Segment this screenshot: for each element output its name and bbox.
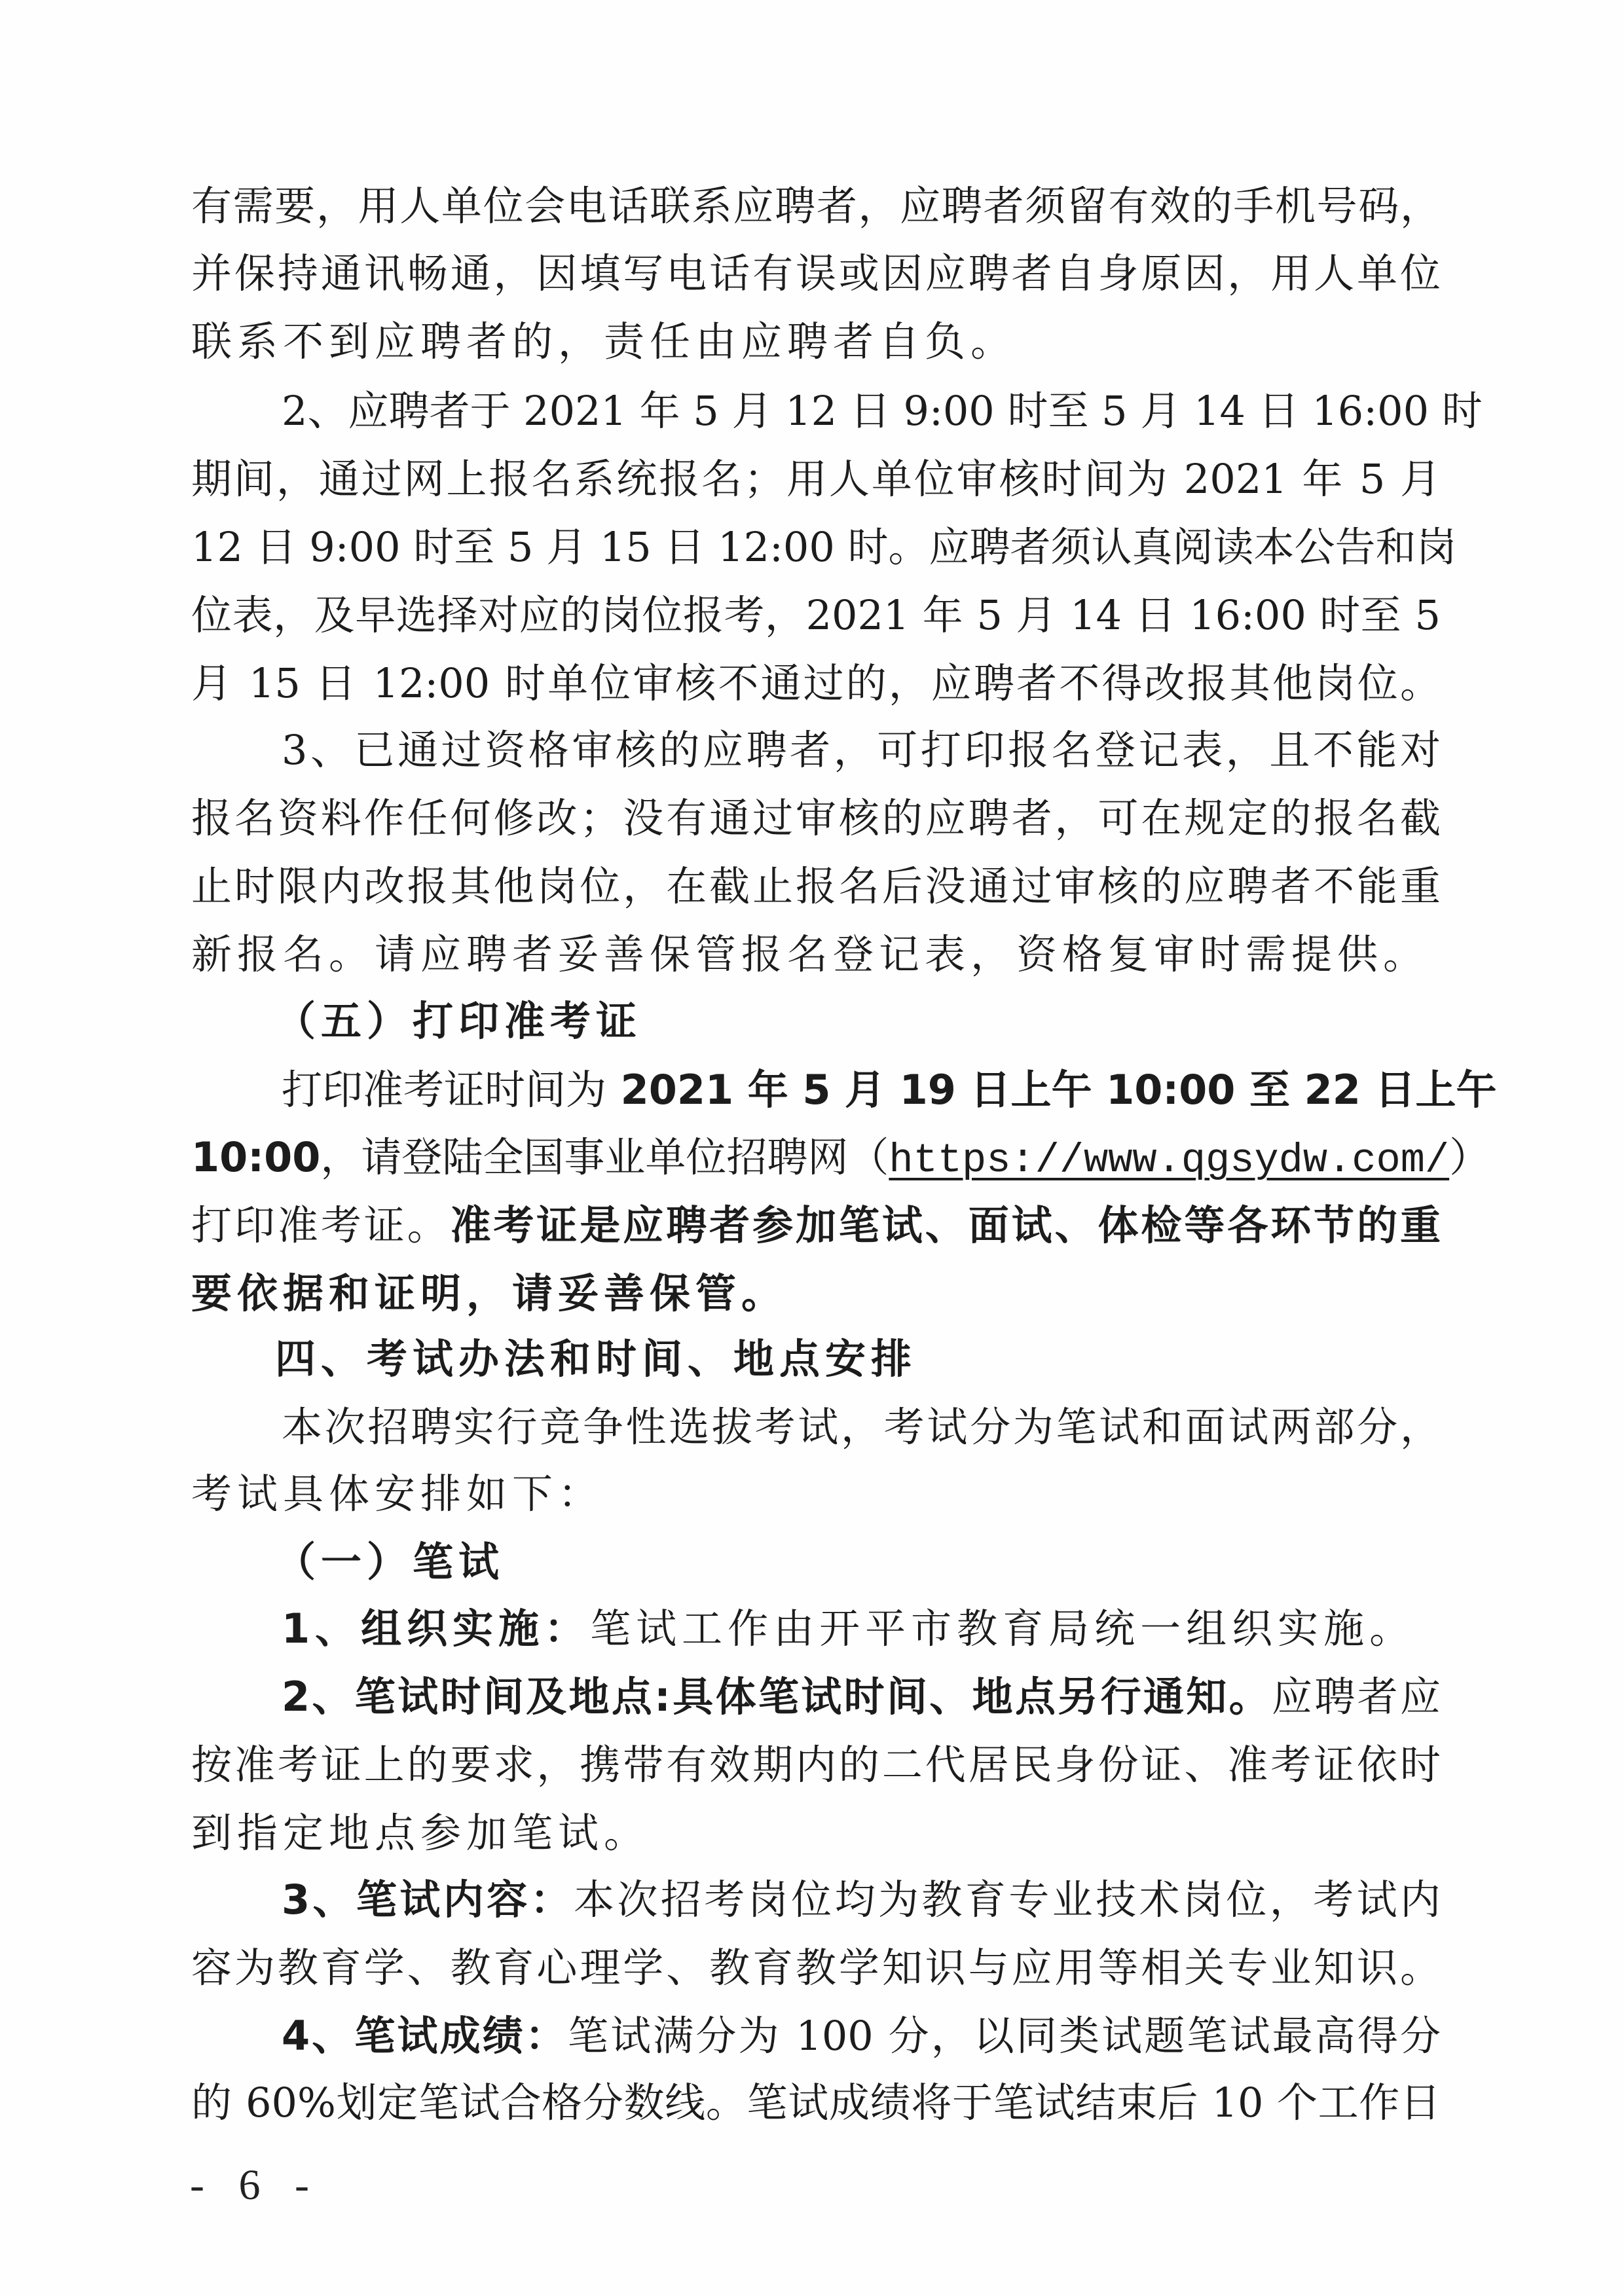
text-span: 笔试工作由开平市教育局统一组织实施。 xyxy=(590,1605,1415,1652)
section-heading-exam: 四、考试办法和时间、地点安排 xyxy=(275,1333,1524,1385)
text-span: 打印准考证。 xyxy=(191,1201,451,1249)
paragraph-line: 报名资料作任何修改；没有通过审核的应聘者，可在规定的报名截 xyxy=(191,792,1441,845)
paragraph-line: 3、笔试内容：本次招考岗位均为教育专业技术岗位，考试内 xyxy=(282,1874,1441,1926)
paragraph-line: 的 60%划定笔试合格分数线。笔试成绩将于笔试结束后 10 个工作日 xyxy=(191,2077,1441,2129)
bold-date-span: 2021 年 5 月 19 日上午 10:00 至 22 日上午 xyxy=(606,1066,1496,1114)
bold-label-span: 2、笔试时间及地点:具体笔试时间、地点另行通知。 xyxy=(282,1673,1272,1721)
text-span: 应聘者应 xyxy=(1272,1673,1441,1721)
paragraph-line: 3、已通过资格审核的应聘者，可打印报名登记表，且不能对 xyxy=(282,724,1441,776)
paragraph-line: 10:00，请登陆全国事业单位招聘网（https://www.qgsydw.co… xyxy=(191,1131,1441,1184)
subsection-heading-written-exam: （一）笔试 xyxy=(275,1536,1524,1588)
paragraph-line: 4、笔试成绩：笔试满分为 100 分，以同类试题笔试最高得分 xyxy=(282,2010,1441,2062)
paragraph-line: 期间，通过网上报名系统报名；用人单位审核时间为 2021 年 5 月 xyxy=(191,453,1441,505)
website-link[interactable]: https://www.qgsydw.com/ xyxy=(889,1137,1449,1184)
paragraph-line: 并保持通讯畅通，因填写电话有误或因应聘者自身原因，用人单位 xyxy=(191,247,1441,300)
paragraph-line: 月 15 日 12:00 时单位审核不通过的，应聘者不得改报其他岗位。 xyxy=(191,657,1441,710)
paragraph-line: 2、应聘者于 2021 年 5 月 12 日 9:00 时至 5 月 14 日 … xyxy=(282,385,1441,437)
text-span: ） xyxy=(1449,1133,1490,1181)
bold-label-span: 3、笔试内容： xyxy=(282,1876,574,1923)
text-span: 笔试满分为 100 分，以同类试题笔试最高得分 xyxy=(568,2012,1441,2060)
document-page: 有需要，用人单位会电话联系应聘者，应聘者须留有效的手机号码， 并保持通讯畅通，因… xyxy=(0,0,1624,2296)
paragraph-line: 按准考证上的要求，携带有效期内的二代居民身份证、准考证依时 xyxy=(191,1739,1441,1791)
text-span: 本次招考岗位均为教育专业技术岗位，考试内 xyxy=(574,1876,1441,1923)
text-span: ，请登陆全国事业单位招聘网（ xyxy=(320,1133,889,1181)
paragraph-line: 止时限内改报其他岗位，在截止报名后没通过审核的应聘者不能重 xyxy=(191,860,1441,913)
page-number: - 6 - xyxy=(190,2160,321,2210)
paragraph-line: 1、组织实施：笔试工作由开平市教育局统一组织实施。 xyxy=(282,1603,1441,1655)
paragraph-line: 2、笔试时间及地点:具体笔试时间、地点另行通知。应聘者应 xyxy=(282,1671,1441,1723)
bold-label-span: 1、组织实施： xyxy=(282,1605,590,1652)
paragraph-line: 有需要，用人单位会电话联系应聘者，应聘者须留有效的手机号码， xyxy=(191,180,1441,232)
text-span: 打印准考证时间为 xyxy=(282,1066,606,1114)
paragraph-line: 考试具体安排如下： xyxy=(191,1468,1441,1520)
bold-emphasis-span: 准考证是应聘者参加笔试、面试、体检等各环节的重 xyxy=(451,1201,1441,1249)
paragraph-line: 12 日 9:00 时至 5 月 15 日 12:00 时。应聘者须认真阅读本公… xyxy=(191,521,1441,574)
paragraph-line: 要依据和证明，请妥善保管。 xyxy=(191,1267,1441,1320)
paragraph-line: 本次招聘实行竞争性选拔考试，考试分为笔试和面试两部分， xyxy=(282,1401,1441,1453)
paragraph-line: 容为教育学、教育心理学、教育教学知识与应用等相关专业知识。 xyxy=(191,1942,1441,1994)
section-heading-print-admission: （五）打印准考证 xyxy=(275,995,1524,1048)
paragraph-line: 打印准考证。准考证是应聘者参加笔试、面试、体检等各环节的重 xyxy=(191,1199,1441,1252)
paragraph-line: 联系不到应聘者的，责任由应聘者自负。 xyxy=(191,316,1441,368)
paragraph-line: 位表，及早选择对应的岗位报考，2021 年 5 月 14 日 16:00 时至 … xyxy=(191,589,1441,642)
bold-label-span: 4、笔试成绩： xyxy=(282,2012,568,2060)
paragraph-line: 打印准考证时间为 2021 年 5 月 19 日上午 10:00 至 22 日上… xyxy=(282,1064,1441,1116)
bold-time-span: 10:00 xyxy=(191,1133,320,1181)
paragraph-line: 新报名。请应聘者妥善保管报名登记表，资格复审时需提供。 xyxy=(191,928,1441,981)
paragraph-line: 到指定地点参加笔试。 xyxy=(191,1807,1441,1859)
